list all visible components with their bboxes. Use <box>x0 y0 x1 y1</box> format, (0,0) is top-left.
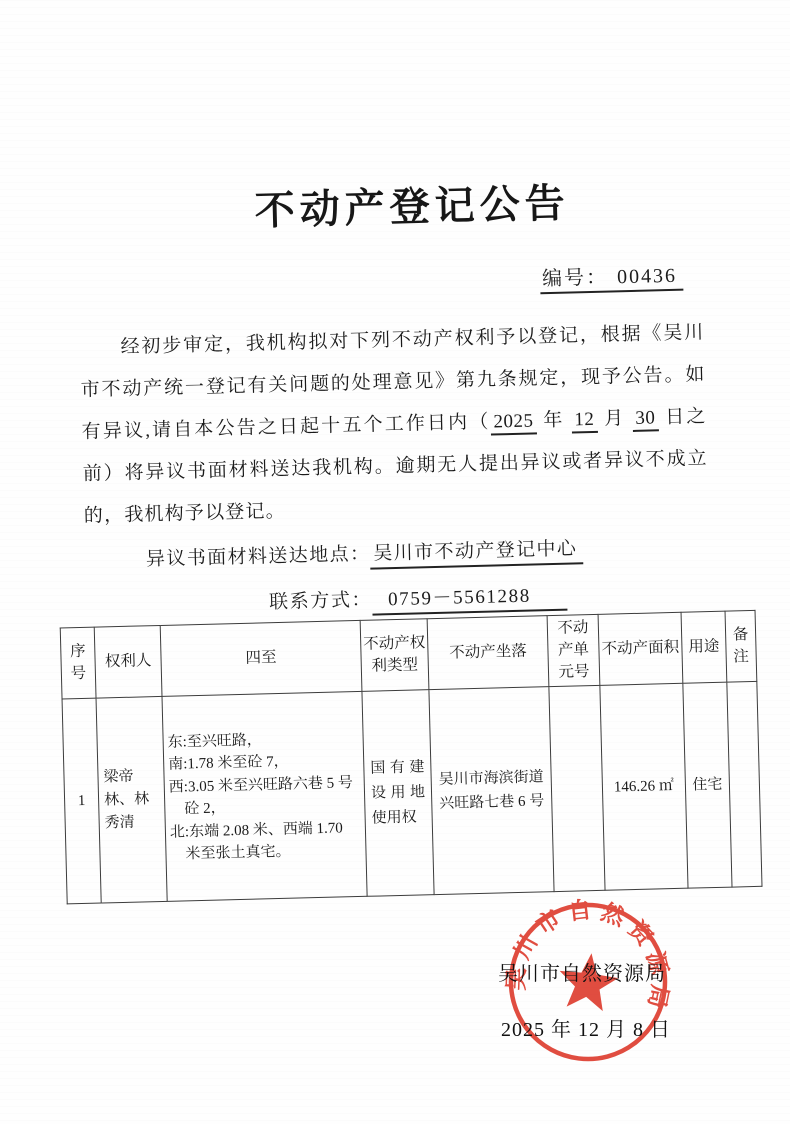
page-title: 不动产登记公告 <box>0 175 790 240</box>
paragraph-segment: 年 <box>536 409 571 431</box>
boundary-west: 西:3.05 米至兴旺路六巷 5 号 砼 2， <box>169 771 361 821</box>
boundary-north: 北:东端 2.08 米、西端 1.70 米至张土真宅。 <box>170 816 362 866</box>
document-number-label: 编号： <box>542 267 609 291</box>
header-unit-no: 不动产单元号 <box>547 614 600 686</box>
cell-owner: 梁帝林、林秀清 <box>96 696 167 903</box>
header-seq: 序号 <box>60 627 96 699</box>
document-number: 编号：00436 <box>540 259 684 292</box>
deadline-year: 2025 <box>490 410 537 435</box>
cell-seq: 1 <box>62 698 101 904</box>
deadline-month: 12 <box>571 409 598 434</box>
contact-value: 0759－5561288 <box>372 585 567 616</box>
cell-right-type: 国有建设用地使用权 <box>362 690 434 897</box>
header-location: 不动产坐落 <box>427 616 549 690</box>
document-number-value: 00436 <box>608 265 678 289</box>
address-label: 异议书面材料送达地点： <box>146 544 371 571</box>
header-remark: 备注 <box>725 610 757 682</box>
header-owner: 权利人 <box>94 625 162 698</box>
cell-location: 吴川市海滨街道兴旺路七巷 6 号 <box>429 687 554 895</box>
announcement-paragraph: 经初步审定，我机构拟对下列不动产权利予以登记，根据《吴川市不动产统一登记有关问题… <box>79 312 709 538</box>
table-row: 1 梁帝林、林秀清 东:至兴旺路， 南:1.78 米至砼 7， 西:3.05 米… <box>62 681 762 904</box>
cell-area: 146.26 ㎡ <box>600 683 688 890</box>
address-value: 吴川市不动产登记中心 <box>370 538 584 569</box>
cell-remark <box>727 681 762 887</box>
document-page: 不动产登记公告 编号：00436 经初步审定，我机构拟对下列不动产权利予以登记，… <box>0 0 790 1124</box>
address-line: 异议书面材料送达地点：吴川市不动产登记中心 <box>146 529 584 580</box>
issue-date: 2025 年 12 月 8 日 <box>501 1013 671 1042</box>
header-right-type: 不动产权利类型 <box>360 619 429 692</box>
header-usage: 用途 <box>681 611 727 683</box>
cell-boundaries: 东:至兴旺路， 南:1.78 米至砼 7， 西:3.05 米至兴旺路六巷 5 号… <box>162 691 367 901</box>
registration-table: 序号 权利人 四至 不动产权利类型 不动产坐落 不动产单元号 不动产面积 用途 … <box>60 610 763 905</box>
cell-unit-no <box>549 685 605 891</box>
paragraph-segment: 月 <box>597 408 632 430</box>
cell-usage: 住宅 <box>683 682 732 888</box>
header-boundaries: 四至 <box>160 620 362 696</box>
issuing-authority: 吴川市自然资源局 <box>498 957 666 986</box>
contact-label: 联系方式： <box>269 590 373 614</box>
header-area: 不动产面积 <box>598 612 683 685</box>
deadline-day: 30 <box>632 407 659 432</box>
